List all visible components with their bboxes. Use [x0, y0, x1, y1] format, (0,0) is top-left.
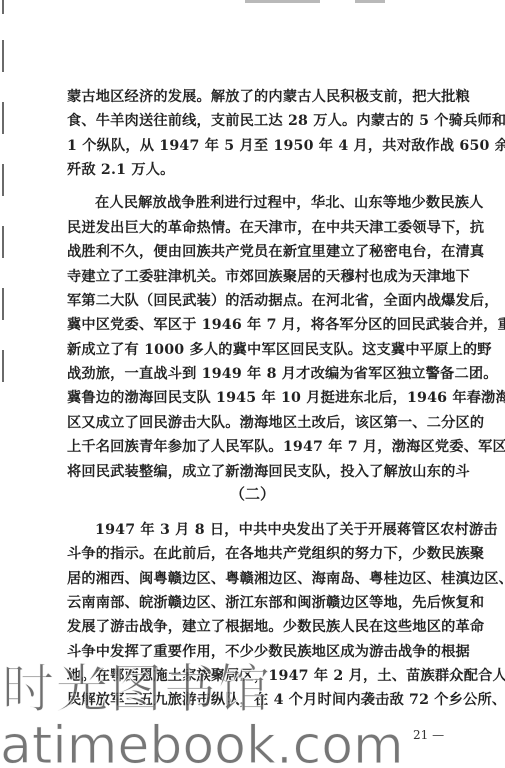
text-line: 斗争中发挥了重要作用，不少少数民族地区成为游击战争的根据 — [67, 643, 435, 661]
margin-mark — [2, 350, 4, 382]
text-line: 军第二大队（回民武装）的活动据点。在河北省，全面内战爆发后， — [67, 292, 435, 310]
text-line: 区又成立了回民游击大队。渤海地区土改后，该区第一、二分区的 — [67, 414, 435, 432]
text-line: 发展了游击战争，建立了根据地。少数民族人民在这些地区的革命 — [67, 618, 435, 636]
running-head-bar — [245, 0, 320, 3]
text-line: 食、牛羊肉送往前线，支前民工达 28 万人。内蒙古的 5 个骑兵师和 — [67, 112, 435, 130]
text-line: 1 个纵队，从 1947 年 5 月至 1950 年 4 月，共对敌作战 650… — [67, 137, 435, 155]
text-line: 云南南部、皖浙赣边区、浙江东部和闽浙赣边区等地，先后恢复和 — [67, 594, 435, 612]
text-line: 冀鲁边的渤海回民支队 1945 年 10 月挺进东北后，1946 年春渤海 — [67, 389, 435, 407]
watermark-url: atimebook.com — [0, 718, 404, 768]
text-line: 歼敌 2.1 万人。 — [67, 161, 435, 179]
watermark-chinese: 时光图书馆 — [2, 660, 272, 720]
text-line: 民迸发出巨大的革命热情。在天津市，在中共天津工委领导下，抗 — [67, 219, 435, 237]
margin-mark — [2, 102, 4, 134]
text-line: 1947 年 3 月 8 日，中共中央发出了关于开展蒋管区农村游击 — [95, 521, 435, 539]
margin-mark — [2, 40, 4, 72]
text-line: 居的湘西、闽粤赣边区、粤赣湘边区、海南岛、粤桂边区、桂滇边区、 — [67, 570, 435, 588]
margin-mark — [2, 164, 4, 196]
section-heading: （二） — [0, 483, 505, 504]
text-line: 上千名回族青年参加了人民军队。1947 年 7 月，渤海区党委、军区 — [67, 438, 435, 456]
margin-mark — [2, 226, 4, 258]
page-number: 21 — — [413, 728, 444, 742]
text-line: 战胜利不久，便由回族共产党员在新宜里建立了秘密电台，在清真 — [67, 243, 435, 261]
text-line: 战劲旅，一直战斗到 1949 年 8 月才改编为省军区独立警备二团。 — [67, 365, 435, 383]
text-line: 蒙古地区经济的发展。解放了的内蒙古人民积极支前，把大批粮 — [67, 88, 435, 106]
text-line: 新成立了有 1000 多人的冀中军区回民支队。这支冀中平原上的野 — [67, 341, 435, 359]
text-line: 在人民解放战争胜利进行过程中，华北、山东等地少数民族人 — [95, 194, 435, 212]
text-line: 冀中区党委、军区于 1946 年 7 月，将各军分区的回民武装合并，重 — [67, 316, 435, 334]
margin-mark — [2, 0, 4, 14]
text-line: 将回民武装整编，成立了新渤海回民支队，投入了解放山东的斗 — [67, 463, 435, 481]
text-line: 寺建立了工委驻津机关。市郊回族聚居的天穆村也成为天津地下 — [67, 268, 435, 286]
text-line: 斗争的指示。在此前后，在各地共产党组织的努力下，少数民族聚 — [67, 545, 435, 563]
running-head-remnant — [200, 0, 400, 6]
running-head-bar — [355, 0, 385, 3]
margin-mark — [2, 288, 4, 320]
book-page: 蒙古地区经济的发展。解放了的内蒙古人民积极支前，把大批粮 食、牛羊肉送往前线，支… — [0, 0, 505, 768]
